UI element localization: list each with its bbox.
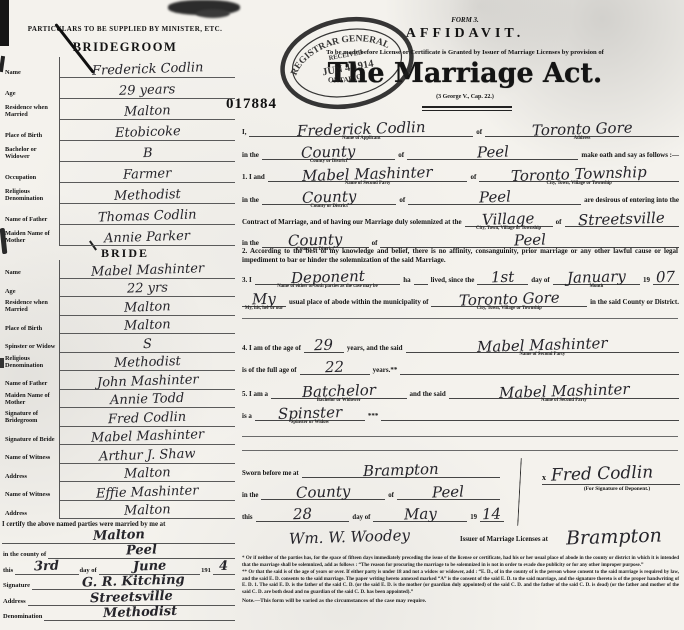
blank-rule (242, 318, 678, 319)
applicant-address-fill: Toronto GoreAddress (485, 119, 679, 137)
table-row: Spinster or WidowS (2, 334, 235, 353)
field-value: Annie Parker (60, 224, 235, 246)
sworn-county-line: in the County of Peel (242, 482, 500, 500)
blank-rule (242, 450, 678, 451)
table-row: Signature of BridegroomFred Codlin (2, 408, 235, 427)
table-row: NameFrederick Codlin (2, 57, 235, 78)
field-label: Name of Witness (2, 445, 60, 464)
second-party-name-fill: Mabel MashinterName of Second Party (268, 164, 468, 182)
issuer-place: Brampton (551, 527, 678, 544)
table-row: Name of FatherThomas Codlin (2, 204, 235, 225)
field-value: Annie Todd (60, 389, 235, 409)
field-label: Religious Denomination (2, 353, 60, 372)
field-label: Spinster or Widow (2, 334, 60, 353)
field-label: Religious Denomination (2, 183, 60, 204)
field-value: Mabel Mashinter (60, 259, 235, 279)
affidavit-line-status: 5. I am a BatchelorBachelor or Widower a… (242, 382, 679, 399)
bridegroom-section-header: BRIDEGROOM (50, 40, 200, 55)
footnote-note: Note.—This form will be varied as the ci… (242, 598, 679, 605)
field-label: Signature of Bridegroom (2, 408, 60, 427)
field-value: Malton (60, 463, 235, 483)
sworn-date-line: this 28 day of May 19 14 (242, 504, 504, 522)
particulars-header: PARTICULARS TO BE SUPPLIED BY MINISTER, … (18, 25, 232, 33)
affidavit-line-full-age: is of the full age of 22 years.** (242, 358, 679, 375)
scan-smudge (196, 9, 230, 18)
field-label: Name (2, 57, 60, 78)
field-label: Address (2, 501, 60, 520)
registrar-stamp-graphic: REGISTRAR GENERAL ONTARIO RECEIVED JUN 4… (268, 1, 425, 124)
affidavit-line-solemnized: Contract of Marriage, and of having our … (242, 210, 679, 227)
table-row: Residence when MarriedMalton (2, 99, 235, 120)
table-row: Name of FatherJohn Mashinter (2, 371, 235, 390)
footnote-2: ** Or that the said is of the age of yea… (242, 570, 679, 596)
affidavit-line-county1: in the CountyCounty or District of Peel … (242, 143, 679, 160)
affidavit-line-second-party: 1. I and Mabel MashinterName of Second P… (242, 165, 679, 182)
affidavit-line-municipality: MyMy, his, her or our usual place of abo… (242, 290, 679, 307)
blank-rule (242, 436, 678, 437)
certify-place: Malton (92, 527, 144, 544)
field-value: Etobicoke (60, 119, 235, 141)
minister-certification: I certify the above named parties were m… (2, 521, 235, 621)
field-label: Name (2, 260, 60, 279)
certify-denomination: Methodist (102, 604, 177, 621)
field-label: Residence when Married (2, 99, 60, 120)
table-row: NameMabel Mashinter (2, 260, 235, 279)
certify-denomination-line: DenominationMethodist (2, 606, 235, 622)
certify-date-line: this3rdday ofJune1914 (2, 559, 235, 575)
footnotes: * Or if neither of the parties has, for … (242, 556, 679, 605)
registrar-stamp: REGISTRAR GENERAL ONTARIO RECEIVED JUN 4… (268, 1, 425, 124)
field-value: Fred Codlin (60, 407, 235, 427)
field-value: Thomas Codlin (60, 203, 235, 225)
sworn-bracket (517, 458, 522, 526)
form-number: FORM 3. (400, 16, 530, 24)
certify-day: 3rd (34, 558, 59, 574)
field-value: 29 years (60, 77, 235, 99)
deponent-signature-line: x Fred Codlin (542, 464, 680, 485)
table-row: Bachelor or WidowerB (2, 141, 235, 162)
certify-address: Streetsville (90, 588, 173, 606)
table-row: Maiden Name of MotherAnnie Todd (2, 390, 235, 409)
affidavit-line-ages: 4. I am of the age of 29 years, and the … (242, 336, 679, 353)
sworn-place-line: Sworn before me at Brampton (242, 460, 500, 478)
field-value: Methodist (60, 352, 235, 372)
field-label: Address (2, 464, 60, 483)
field-label: Age (2, 78, 60, 99)
field-label: Maiden Name of Mother (2, 225, 60, 246)
field-label: Residence when Married (2, 297, 60, 316)
scan-edge-mark (0, 0, 9, 46)
field-label: Name of Father (2, 204, 60, 225)
table-row: Signature of BrideMabel Mashinter (2, 427, 235, 446)
title-rule (422, 106, 512, 111)
affidavit-line-spinster: is a SpinsterSpinster or Widow *** (242, 404, 679, 421)
field-value: Malton (60, 98, 235, 120)
deponent-signature-caption: (For Signature of Deponent.) (552, 486, 682, 492)
certify-county-line: in the county ofPeel (2, 544, 235, 560)
certify-month: June (132, 558, 166, 574)
certify-county: Peel (126, 543, 157, 559)
field-label: Place of Birth (2, 120, 60, 141)
table-row: Age29 years (2, 78, 235, 99)
field-label: Signature of Bride (2, 427, 60, 446)
field-value: Frederick Codlin (60, 56, 235, 78)
issuer-signature: Wm. W. Woodey (242, 527, 457, 544)
footnote-1: * Or if neither of the parties has, for … (242, 556, 679, 569)
field-value: Farmer (60, 161, 235, 183)
field-value: John Mashinter (60, 370, 235, 390)
field-label: Name of Father (2, 371, 60, 390)
table-row: Maiden Name of MotherAnnie Parker (2, 225, 235, 246)
table-row: Place of BirthEtobicoke (2, 120, 235, 141)
field-value: Malton (60, 500, 235, 520)
field-value: Mabel Mashinter (60, 426, 235, 446)
issuer-line: Wm. W. Woodey Issuer of Marriage License… (242, 526, 678, 544)
table-row: Age22 yrs (2, 279, 235, 298)
affidavit-line-abode: 3. I DeponentName of either or both part… (242, 268, 679, 285)
field-value: Malton (60, 315, 235, 335)
table-row: Name of WitnessEffie Mashinter (2, 482, 235, 501)
affidavit-paragraph-2: 2. According to the best of my knowledge… (242, 247, 678, 265)
certify-place-line: Malton (2, 528, 235, 544)
field-value: B (60, 140, 235, 162)
certify-signature-line: SignatureG. R. Kitching (2, 575, 235, 591)
field-label: Bachelor or Widower (2, 141, 60, 162)
affidavit-line-county3: in the CountyCounty or District of Peel (242, 231, 679, 248)
certify-address-line: AddressStreetsville (2, 590, 235, 606)
field-label: Age (2, 279, 60, 298)
field-label: Place of Birth (2, 316, 60, 335)
table-row: Place of BirthMalton (2, 316, 235, 335)
applicant-name-fill: Frederick CodlinName of Applicant (249, 119, 473, 137)
table-row: OccupationFarmer (2, 162, 235, 183)
second-party-address-fill: Toronto TownshipCity, Town, Village or T… (479, 164, 679, 182)
bride-fields: NameMabel Mashinter Age22 yrs Residence … (2, 260, 235, 519)
table-row: Religious DenominationMethodist (2, 353, 235, 372)
field-value: Methodist (60, 182, 235, 204)
certify-year: 4 (219, 558, 229, 573)
affidavit-line-county2: in the CountyCounty or District of Peel … (242, 188, 679, 205)
table-row: AddressMalton (2, 464, 235, 483)
table-row: Religious DenominationMethodist (2, 183, 235, 204)
field-value: 22 yrs (60, 278, 235, 298)
deponent-signature: Fred Codlin (551, 462, 654, 485)
affidavit-line-applicant: I, Frederick CodlinName of Applicant of … (242, 120, 679, 137)
field-value: Effie Mashinter (60, 481, 235, 501)
field-value: S (60, 333, 235, 353)
table-row: Name of WitnessArthur J. Shaw (2, 445, 235, 464)
deponent-fill: DeponentName of either or both parties a… (255, 267, 400, 285)
table-row: Residence when MarriedMalton (2, 297, 235, 316)
field-label: Name of Witness (2, 482, 60, 501)
field-label: Occupation (2, 162, 60, 183)
bridegroom-fields: NameFrederick Codlin Age29 years Residen… (2, 57, 235, 246)
field-value: Arthur J. Shaw (60, 444, 235, 464)
affidavit-document: PARTICULARS TO BE SUPPLIED BY MINISTER, … (0, 0, 684, 630)
table-row: AddressMalton (2, 501, 235, 520)
field-value: Malton (60, 296, 235, 316)
field-label: Maiden Name of Mother (2, 390, 60, 409)
